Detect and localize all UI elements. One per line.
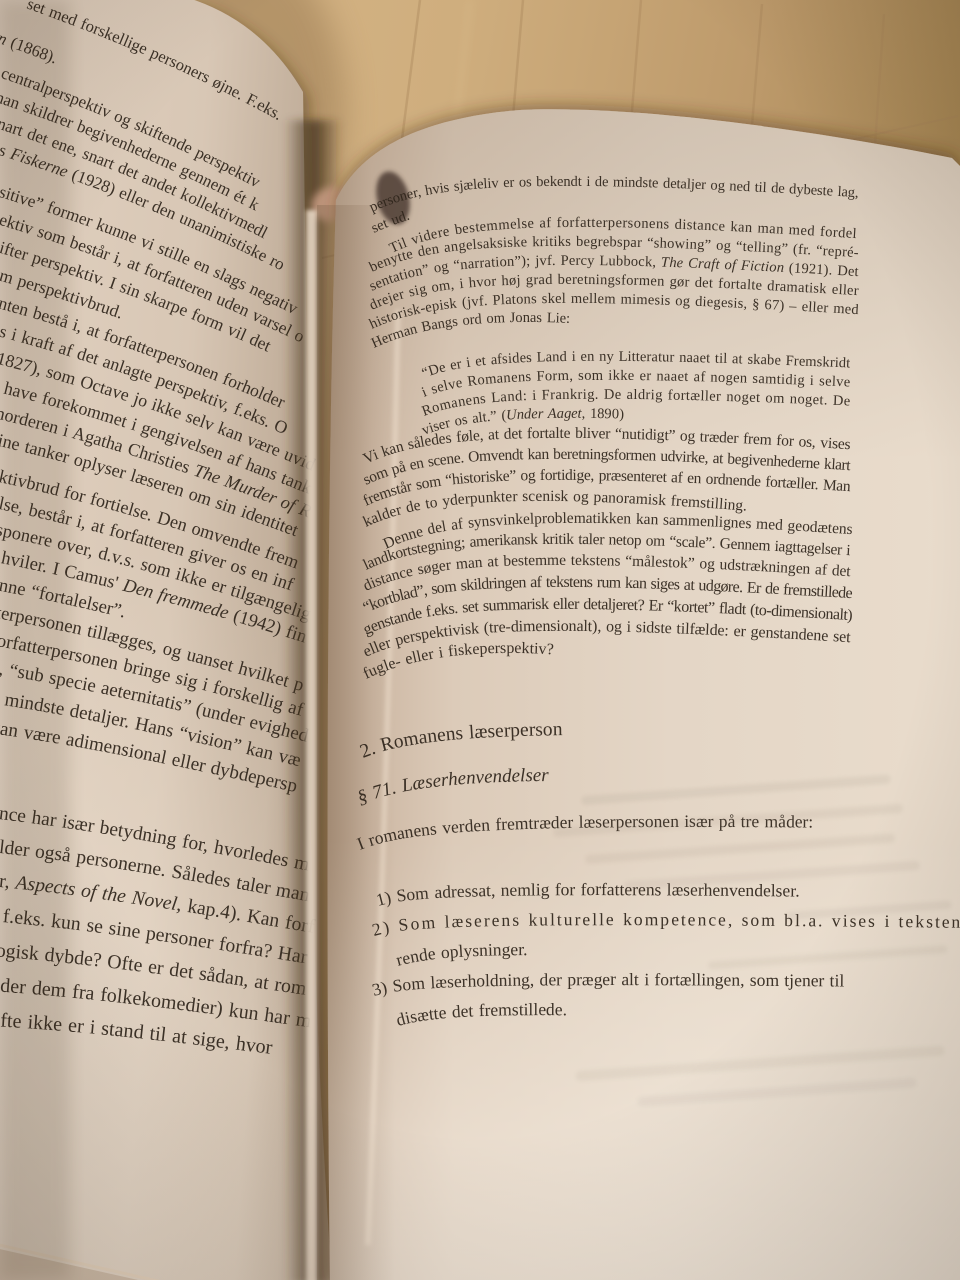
book-photo: set med forskellige personers øjne. F.ek… (0, 0, 960, 1280)
book-photo-canvas: set med forskellige personers øjne. F.ek… (0, 0, 960, 1280)
vignette (0, 0, 960, 1280)
left-edge-shade (0, 0, 70, 1280)
